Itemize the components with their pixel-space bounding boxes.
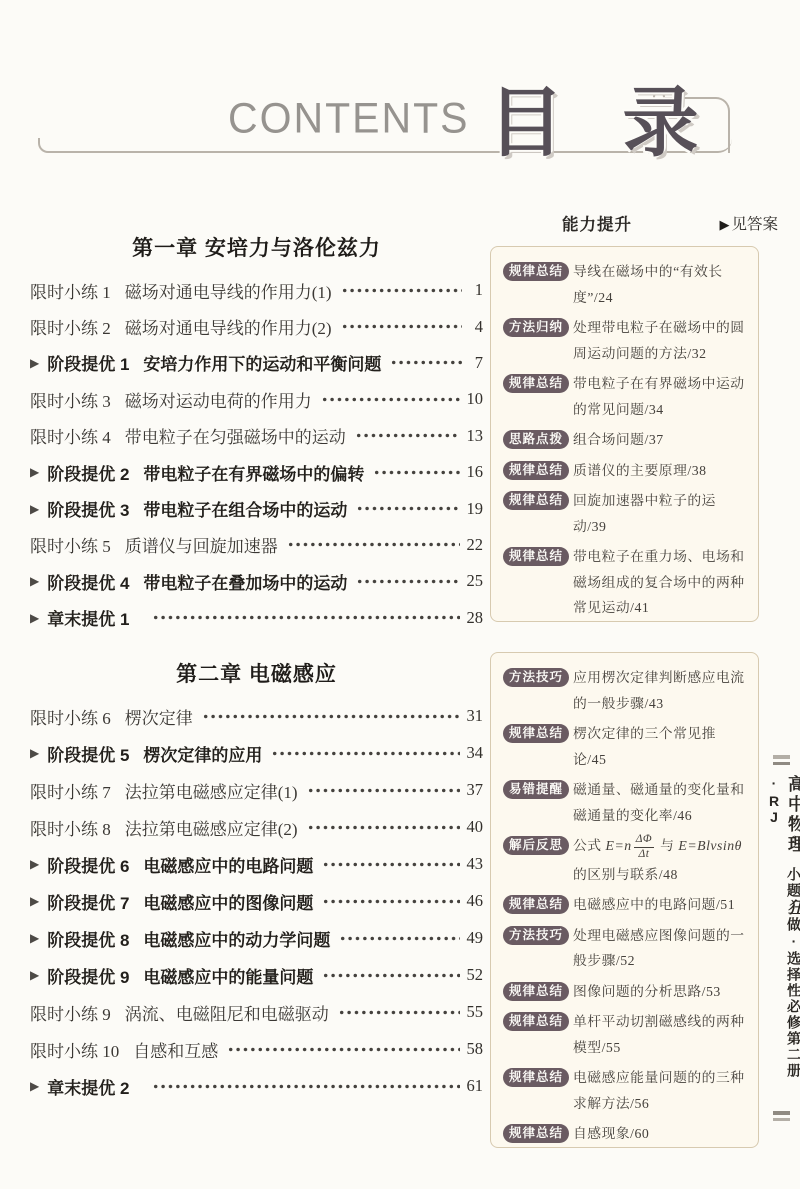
page-number: 31	[467, 706, 484, 726]
dot-leader	[152, 615, 459, 620]
note-badge: 方法技巧	[503, 926, 569, 945]
note-badge: 规律总结	[503, 374, 569, 393]
note-item: 规律总结自感现象/60	[503, 1121, 749, 1147]
note-badge: 规律总结	[503, 895, 569, 914]
note-text: 公式 E=nΔΦΔt 与 E=Blvsinθ 的区别与联系/48	[573, 838, 742, 881]
triangle-marker-icon: ▶	[30, 465, 39, 479]
dot-leader	[356, 579, 459, 584]
note-text: 带电粒子在有界磁场中运动的常见问题/34	[573, 376, 745, 417]
note-badge: 规律总结	[503, 1068, 569, 1087]
page-number: 34	[467, 743, 484, 763]
formula-e2: E=Blvsinθ	[678, 838, 742, 853]
answer-note: 能力提升 ▶见答案	[562, 211, 778, 235]
toc-item: 限时小练 3磁场对运动电荷的作用力10	[30, 381, 483, 417]
item-label: 限时小练 2	[30, 314, 111, 339]
spine-series-script-char: 狂	[785, 899, 800, 917]
note-text: 单杆平动切割磁感线的两种模型/55	[573, 1014, 745, 1055]
note-item: 方法技巧应用楞次定律判断感应电流的一般步骤/43	[503, 665, 749, 716]
note-text: 质谱仪的主要原理/38	[573, 463, 707, 478]
item-title: 磁场对通电导线的作用力(2)	[125, 314, 332, 339]
note-item: 规律总结单杆平动切割磁感线的两种模型/55	[503, 1009, 749, 1060]
item-label: 限时小练 7	[30, 778, 111, 803]
dot-leader	[341, 324, 462, 329]
item-title: 带电粒子在组合场中的运动	[143, 496, 347, 521]
fraction-denominator: Δt	[634, 848, 655, 862]
spine-series-post: 做	[786, 917, 800, 933]
toc-item: 限时小练 2磁场对通电导线的作用力(2)4	[30, 308, 483, 344]
note-item: 方法归纳处理带电粒子在磁场中的圆周运动问题的方法/32	[503, 315, 749, 366]
note-badge: 规律总结	[503, 1124, 569, 1143]
toc-item: ▶阶段提优 8电磁感应中的动力学问题49	[30, 920, 483, 957]
item-label: 限时小练 10	[30, 1037, 119, 1062]
note-text: 导线在磁场中的“有效长度”/24	[573, 264, 723, 305]
spine-volume: 选择性必修第二册	[786, 951, 800, 1079]
note-item: 规律总结带电粒子在有界磁场中运动的常见问题/34	[503, 371, 749, 422]
dot-leader	[271, 751, 459, 756]
see-answers-label: ▶见答案	[719, 212, 778, 234]
item-title: 磁场对运动电荷的作用力	[125, 387, 312, 412]
item-label: 阶段提优 7	[47, 889, 129, 914]
note-item-formula: 解后反思公式 E=nΔΦΔt 与 E=Blvsinθ 的区别与联系/48	[503, 833, 749, 887]
note-text: 带电粒子在重力场、电场和磁场组成的复合场中的两种常见运动/41	[573, 549, 745, 615]
item-title: 电磁感应中的动力学问题	[143, 926, 330, 951]
page-number: 49	[467, 928, 484, 948]
note-badge: 规律总结	[503, 982, 569, 1001]
dot-leader	[355, 433, 460, 438]
page-number: 7	[469, 353, 483, 373]
item-label: 阶段提优 6	[47, 852, 129, 877]
item-title: 自感和互感	[133, 1037, 218, 1062]
note-item: 规律总结电磁感应能量问题的的三种求解方法/56	[503, 1065, 749, 1116]
toc-item: ▶章末提优 261	[30, 1068, 483, 1105]
triangle-marker-icon: ▶	[30, 857, 39, 871]
item-label: 阶段提优 9	[47, 963, 129, 988]
item-title: 法拉第电磁感应定律(1)	[125, 778, 298, 803]
item-label: 阶段提优 5	[47, 741, 129, 766]
note-text: 回旋加速器中粒子的运动/39	[573, 493, 716, 534]
formula-mid: 与	[656, 838, 678, 853]
note-badge: 规律总结	[503, 461, 569, 480]
toc-item: 限时小练 10自感和互感58	[30, 1031, 483, 1068]
note-item: 规律总结电磁感应中的电路问题/51	[503, 892, 749, 918]
dot-leader	[307, 788, 460, 793]
sidebar-notes-box-2: 方法技巧应用楞次定律判断感应电流的一般步骤/43 规律总结楞次定律的三个常见推论…	[490, 652, 759, 1148]
toc-item: ▶阶段提优 4带电粒子在叠加场中的运动25	[30, 563, 483, 599]
dot-leader	[338, 1010, 460, 1015]
dot-leader	[322, 862, 459, 867]
note-badge: 规律总结	[503, 491, 569, 510]
item-label: 章末提优 2	[47, 1074, 129, 1099]
edge-tab-mark	[773, 755, 790, 759]
note-badge: 方法技巧	[503, 668, 569, 687]
note-badge: 规律总结	[503, 724, 569, 743]
toc-item: ▶阶段提优 1安培力作用下的运动和平衡问题7	[30, 345, 483, 381]
item-label: 限时小练 9	[30, 1000, 111, 1025]
toc-item: ▶阶段提优 6电磁感应中的电路问题43	[30, 846, 483, 883]
item-title: 带电粒子在匀强磁场中的运动	[125, 423, 346, 448]
toc-item: 限时小练 7法拉第电磁感应定律(1)37	[30, 772, 483, 809]
triangle-marker-icon: ▶	[30, 968, 39, 982]
contents-english-title: CONTENTS	[228, 94, 470, 143]
item-label: 章末提优 1	[47, 605, 129, 630]
dot-leader	[339, 936, 459, 941]
note-text: 处理电磁感应图像问题的一般步骤/52	[573, 928, 745, 969]
item-title: 带电粒子在有界磁场中的偏转	[143, 460, 364, 485]
formula-prefix: 公式	[573, 838, 606, 853]
page-number: 10	[467, 389, 484, 409]
toc-item: 限时小练 9涡流、电磁阻尼和电磁驱动55	[30, 994, 483, 1031]
item-title: 磁场对通电导线的作用力(1)	[125, 278, 332, 303]
page-number: 40	[467, 817, 484, 837]
toc-item: 限时小练 1磁场对通电导线的作用力(1)1	[30, 272, 483, 308]
page-number: 4	[469, 317, 483, 337]
item-title: 涡流、电磁阻尼和电磁驱动	[125, 1000, 329, 1025]
page-number: 58	[467, 1039, 484, 1059]
triangle-marker-icon: ▶	[30, 894, 39, 908]
page-number: 46	[467, 891, 484, 911]
note-text: 图像问题的分析思路/53	[573, 984, 721, 999]
toc-item: 限时小练 6楞次定律31	[30, 698, 483, 735]
dot-leader	[202, 714, 460, 719]
page-number: 28	[467, 608, 484, 628]
item-label: 阶段提优 4	[47, 569, 129, 594]
dot-leader	[287, 542, 460, 547]
dot-leader	[373, 470, 459, 475]
dot-leader	[356, 506, 459, 511]
triangle-marker-icon: ▶	[30, 611, 39, 625]
book-spine-strip: 高中物理小题狂做·选择性必修第二册·RJ	[766, 752, 796, 1124]
note-text: 自感现象/60	[573, 1126, 649, 1141]
toc-item: 限时小练 8法拉第电磁感应定律(2)40	[30, 809, 483, 846]
page-number: 55	[467, 1002, 484, 1022]
item-label: 限时小练 5	[30, 532, 111, 557]
dot-leader	[152, 1084, 459, 1089]
spine-subject: 高中物理	[785, 775, 800, 855]
chapter-title: 第一章 安培力与洛伦兹力	[30, 232, 483, 258]
item-label: 限时小练 1	[30, 278, 111, 303]
dot-leader	[321, 397, 460, 402]
chapter-2-section: 第二章 电磁感应 限时小练 6楞次定律31 ▶阶段提优 5楞次定律的应用34 限…	[30, 658, 483, 1105]
item-label: 限时小练 6	[30, 704, 111, 729]
toc-item: ▶阶段提优 2带电粒子在有界磁场中的偏转16	[30, 454, 483, 490]
note-item: 易错提醒磁通量、磁通量的变化量和磁通量的变化率/46	[503, 777, 749, 828]
dot-leader	[322, 899, 459, 904]
note-badge: 方法归纳	[503, 318, 569, 337]
dot-leader	[227, 1047, 459, 1052]
item-title: 电磁感应中的图像问题	[143, 889, 313, 914]
item-label: 阶段提优 3	[47, 496, 129, 521]
edge-tab-group	[766, 1111, 796, 1121]
toc-item: 限时小练 4带电粒子在匀强磁场中的运动13	[30, 418, 483, 454]
edge-tab-mark	[773, 762, 790, 766]
ability-label: 能力提升	[562, 211, 632, 235]
note-text: 电磁感应能量问题的的三种求解方法/56	[573, 1070, 745, 1111]
page-number: 16	[467, 462, 484, 482]
item-label: 阶段提优 8	[47, 926, 129, 951]
toc-item: ▶阶段提优 3带电粒子在组合场中的运动19	[30, 490, 483, 526]
item-label: 阶段提优 1	[47, 350, 129, 375]
triangle-marker-icon: ▶	[30, 931, 39, 945]
page-number: 43	[467, 854, 484, 874]
page-number: 37	[467, 780, 484, 800]
page-title: 目 录	[488, 62, 714, 171]
spine-edition: RJ	[766, 793, 782, 825]
note-item: 规律总结导线在磁场中的“有效长度”/24	[503, 259, 749, 310]
item-title: 法拉第电磁感应定律(2)	[125, 815, 298, 840]
toc-item: ▶章末提优 128	[30, 600, 483, 636]
spine-series-pre: 小题	[786, 867, 800, 899]
note-item: 思路点拨组合场问题/37	[503, 427, 749, 453]
spine-title: 高中物理小题狂做·选择性必修第二册·RJ	[766, 775, 800, 1105]
fraction: ΔΦΔt	[634, 833, 655, 862]
note-item: 方法技巧处理电磁感应图像问题的一般步骤/52	[503, 923, 749, 974]
triangle-arrow-icon: ▶	[719, 218, 729, 233]
spine-dot: ·	[766, 775, 782, 793]
page-number: 1	[469, 280, 483, 300]
item-title: 电磁感应中的电路问题	[143, 852, 313, 877]
toc-item: ▶阶段提优 9电磁感应中的能量问题52	[30, 957, 483, 994]
triangle-marker-icon: ▶	[30, 356, 39, 370]
note-badge: 规律总结	[503, 262, 569, 281]
triangle-marker-icon: ▶	[30, 574, 39, 588]
note-item: 规律总结楞次定律的三个常见推论/45	[503, 721, 749, 772]
sidebar-notes-box-1: 规律总结导线在磁场中的“有效长度”/24 方法归纳处理带电粒子在磁场中的圆周运动…	[490, 246, 759, 622]
dot-leader	[341, 288, 462, 293]
note-text: 应用楞次定律判断感应电流的一般步骤/43	[573, 670, 745, 711]
edge-tab-mark	[773, 1111, 790, 1115]
item-title: 带电粒子在叠加场中的运动	[143, 569, 347, 594]
fraction-numerator: ΔΦ	[634, 833, 655, 848]
note-text: 电磁感应中的电路问题/51	[573, 897, 735, 912]
page-number: 19	[467, 499, 484, 519]
note-badge: 思路点拨	[503, 430, 569, 449]
dot-leader	[322, 973, 459, 978]
formula-e1: E=n	[606, 838, 632, 853]
item-label: 限时小练 3	[30, 387, 111, 412]
note-badge: 规律总结	[503, 547, 569, 566]
note-text: 磁通量、磁通量的变化量和磁通量的变化率/46	[573, 782, 745, 823]
scanned-toc-page: CONTENTS 目 录 能力提升 ▶见答案 第一章 安培力与洛伦兹力 限时小练…	[0, 0, 800, 1189]
note-text: 组合场问题/37	[573, 432, 664, 447]
note-item: 规律总结回旋加速器中粒子的运动/39	[503, 488, 749, 539]
triangle-marker-icon: ▶	[30, 1079, 39, 1093]
formula-suffix: 的区别与联系/48	[573, 867, 678, 882]
page-number: 61	[467, 1076, 484, 1096]
note-badge: 解后反思	[503, 836, 569, 855]
see-answers-text: 见答案	[731, 216, 778, 233]
edge-tab-mark	[773, 1118, 790, 1122]
item-title: 楞次定律的应用	[143, 741, 262, 766]
note-badge: 易错提醒	[503, 780, 569, 799]
note-text: 楞次定律的三个常见推论/45	[573, 726, 716, 767]
page-number: 13	[467, 426, 484, 446]
note-badge: 规律总结	[503, 1012, 569, 1031]
dot-leader	[390, 360, 462, 365]
toc-item: 限时小练 5质谱仪与回旋加速器22	[30, 527, 483, 563]
triangle-marker-icon: ▶	[30, 746, 39, 760]
item-label: 限时小练 8	[30, 815, 111, 840]
page-number: 22	[467, 535, 484, 555]
page-number: 25	[467, 571, 484, 591]
spine-dot: ·	[786, 933, 800, 951]
table-of-contents: 第一章 安培力与洛伦兹力 限时小练 1磁场对通电导线的作用力(1)1 限时小练 …	[30, 232, 483, 1105]
note-item: 规律总结图像问题的分析思路/53	[503, 979, 749, 1005]
chapter-title: 第二章 电磁感应	[30, 658, 483, 684]
item-label: 阶段提优 2	[47, 460, 129, 485]
dot-leader	[307, 825, 460, 830]
item-title: 楞次定律	[125, 704, 193, 729]
note-item: 规律总结质谱仪的主要原理/38	[503, 458, 749, 484]
item-title: 电磁感应中的能量问题	[143, 963, 313, 988]
note-item: 规律总结带电粒子在重力场、电场和磁场组成的复合场中的两种常见运动/41	[503, 544, 749, 621]
page-number: 52	[467, 965, 484, 985]
item-title: 安培力作用下的运动和平衡问题	[143, 350, 381, 375]
item-title: 质谱仪与回旋加速器	[125, 532, 278, 557]
chapter-1-section: 第一章 安培力与洛伦兹力 限时小练 1磁场对通电导线的作用力(1)1 限时小练 …	[30, 232, 483, 636]
toc-item: ▶阶段提优 5楞次定律的应用34	[30, 735, 483, 772]
note-text: 处理带电粒子在磁场中的圆周运动问题的方法/32	[573, 320, 745, 361]
triangle-marker-icon: ▶	[30, 502, 39, 516]
toc-item: ▶阶段提优 7电磁感应中的图像问题46	[30, 883, 483, 920]
item-label: 限时小练 4	[30, 423, 111, 448]
